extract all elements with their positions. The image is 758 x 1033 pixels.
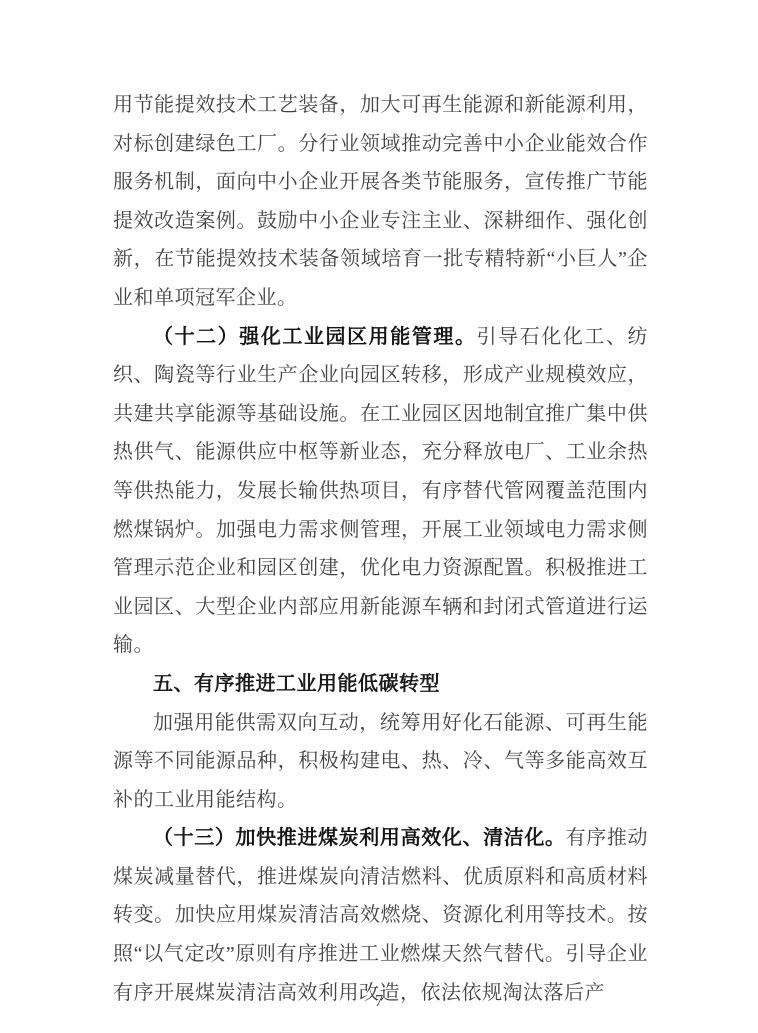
clause-12-paragraph: （十二）强化工业园区用能管理。引导石化化工、纺织、陶瓷等行业生产企业向园区转移，… xyxy=(113,318,648,665)
clause-13-text: 有序推动煤炭减量替代，推进煤炭向清洁燃料、优质原料和高质材料转变。加快应用煤炭清… xyxy=(113,827,648,1003)
section-5-heading: 五、有序推进工业用能低碳转型 xyxy=(113,665,648,704)
section-5-intro-paragraph: 加强用能供需双向互动，统筹用好化石能源、可再生能源等不同能源品种，积极构建电、热… xyxy=(113,704,648,820)
document-body: 用节能提效技术工艺装备，加大可再生能源和新能源利用，对标创建绿色工厂。分行业领域… xyxy=(113,86,648,1012)
clause-13-lead: （十三）加快推进煤炭利用高效化、清洁化。 xyxy=(153,827,566,849)
clause-12-text: 引导石化化工、纺织、陶瓷等行业生产企业向园区转移，形成产业规模效应，共建共享能源… xyxy=(113,326,648,657)
clause-13-paragraph: （十三）加快推进煤炭利用高效化、清洁化。有序推动煤炭减量替代，推进煤炭向清洁燃料… xyxy=(113,819,648,1012)
page-number: 7 xyxy=(0,991,758,1011)
document-page: 用节能提效技术工艺装备，加大可再生能源和新能源利用，对标创建绿色工厂。分行业领域… xyxy=(0,0,758,1033)
paragraph-continuation: 用节能提效技术工艺装备，加大可再生能源和新能源利用，对标创建绿色工厂。分行业领域… xyxy=(113,86,648,318)
clause-12-lead: （十二）强化工业园区用能管理。 xyxy=(153,326,477,348)
